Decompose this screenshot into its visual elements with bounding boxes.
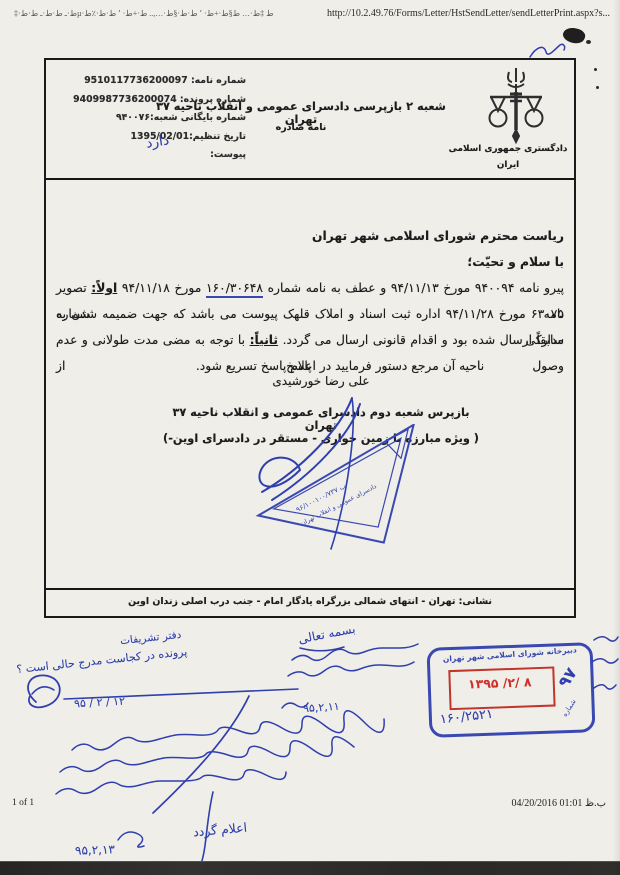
receipt-stamp: دبیرخانه شورای اسلامی شهر تهران ۱۳۹۵ /۲/… — [426, 642, 595, 738]
cursive-line — [72, 711, 384, 750]
triangle-stamp-outline: ۹۶/۱۰۰۱۰۰/۷۳۷ ب دادسرای عمومی و انقلاب ت… — [251, 425, 426, 556]
meta-value: 9409987736200074 — [73, 94, 177, 105]
judiciary-scales-icon — [484, 66, 548, 144]
scan-bottom-band — [0, 861, 620, 875]
note-date-bottom: ۹۵,۲,۱۳ — [75, 842, 115, 857]
page-number: 1 of 1 — [12, 798, 34, 808]
note-date-right: ۹۵,۲,۱۱ — [303, 700, 340, 716]
meta-label: شماره بایگانی شعبه: — [150, 112, 246, 123]
meta-letter-no: شماره نامه: 9510117736200097 — [58, 72, 246, 91]
cursive-line — [288, 662, 414, 676]
meta-label: شماره نامه: — [191, 75, 246, 86]
body-salutation: ریاست محترم شورای اسلامی شهر تهران — [56, 223, 564, 249]
body-text: سابقاً ارسال شده بود و اقدام قانونی ارسا… — [278, 333, 564, 347]
circled-signature — [28, 675, 60, 707]
receipt-stamp-org: دبیرخانه شورای اسلامی شهر تهران — [430, 644, 590, 664]
body-text: مورخ ۹۴/۱۱/۱۸ — [117, 281, 206, 295]
scan-speck — [596, 86, 599, 89]
org-name-line1: دادگستری جمهوری اسلامی — [438, 144, 578, 154]
besmele-note: بسمه تعالی — [297, 622, 356, 647]
referral-line — [153, 696, 249, 813]
meta-label: شماره پرونده: — [180, 94, 246, 105]
scales-of-justice — [490, 68, 543, 142]
signer-name: علی رضا خورشیدی — [156, 374, 486, 388]
note-date-top-left: ۹۵ / ۲ / ۱۲ — [74, 695, 126, 711]
meta-label: تاریخ تنظیم: — [189, 131, 246, 142]
header-divider — [46, 178, 574, 180]
print-header-url: http://10.2.49.76/Forms/Letter/HstSendLe… — [327, 8, 610, 19]
staple-mark — [561, 25, 587, 46]
cursive-line — [292, 644, 418, 660]
body-greeting: با سلام و تحیّت؛ — [56, 249, 564, 275]
scan-speck — [586, 40, 591, 44]
besmele-flourish — [300, 647, 344, 651]
address-footer: نشانی: تهران - انتهای شمالی بزرگراه یادگ… — [46, 596, 574, 607]
receipt-stamp-number-label: شماره — [561, 698, 578, 718]
org-name-line2: ایران — [438, 160, 578, 170]
triangle-stamp: ۹۶/۱۰۰۱۰۰/۷۳۷ ب دادسرای عمومی و انقلاب ت… — [248, 424, 448, 559]
scanned-letter-page: { "page": { "print_header": { "title_gar… — [0, 0, 620, 875]
meta-archive-no: شماره بایگانی شعبه:۹۴۰۰۷۶ — [58, 109, 246, 128]
meta-label: پیوست: — [210, 149, 246, 160]
circled-signature — [32, 687, 54, 694]
body-text: پیرو نامه ۹۴۰۰۹۴ مورخ ۹۴/۱۱/۱۳ و عطف به … — [263, 281, 564, 295]
scan-speck — [594, 68, 597, 71]
emphasis-second: ثانیاً: — [250, 333, 278, 347]
note-action-announce: اعلام گردد — [192, 820, 247, 840]
print-datetime: 04/20/2016 01:01 ب.ظ — [511, 798, 606, 809]
meta-value: ۹۴۰۰۷۶ — [116, 112, 150, 123]
receipt-stamp-number-hand: ۹۷ — [554, 664, 581, 691]
emphasis-first: اولاً: — [91, 281, 117, 295]
print-header-title-garbled: ط ‡ط·… ط§ط·+ط· ٬ ط·ط·§ط·…,.. ط·+ط· ٬ ط·ط… — [14, 9, 274, 18]
pen-mark-top-right — [530, 44, 565, 57]
receipt-stamp-ref-hand: ۱۶۰/۲۵۲۱ — [439, 707, 494, 727]
note-protocol-office: دفتر تشریفات — [120, 629, 182, 647]
meta-case-no: شماره پرونده: 9409987736200074 — [58, 91, 246, 110]
signature-scribble — [118, 832, 144, 847]
scan-right-edge-shade — [613, 0, 620, 875]
note-where-is-file: پرونده در کجاست مدرج حالی است ؟ — [16, 645, 188, 676]
cursive-line — [56, 770, 286, 794]
meta-value: 9510117736200097 — [84, 75, 188, 86]
cursive-line — [60, 737, 354, 772]
ref-number-underlined: ۱۶۰/۳۰۶۴۸ — [206, 281, 263, 298]
footer-divider — [46, 588, 574, 590]
